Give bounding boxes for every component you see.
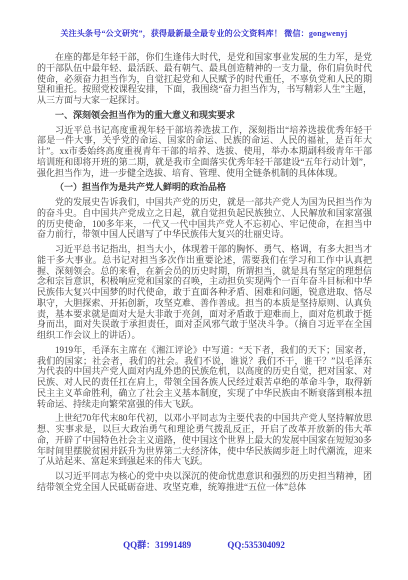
qq-number: QQ:535304092 [227,540,285,550]
paragraph-truncated: 以习近平同志为核心的党中央以深沉的使命忧患意识和强烈的历史担当精神，团结带领全党… [37,471,372,493]
paragraph: 党的发展史告诉我们，中国共产党的历史，就是一部共产党人为国为民担当作为的奋斗史。… [37,197,372,240]
section-heading-1: 一、深刻领会担当作为的重大意义和现实要求 [37,110,372,121]
paragraph: 习近平总书记指出，担当大小，体现着干部的胸怀、勇气、格调，有多大担当才能干多大事… [37,244,372,341]
promo-header-text: 关注头条号“公文研究”，获得最新最全最专业的公文资料库！ 微信：gongweny… [0,28,408,39]
document-page: 关注头条号“公文研究”，获得最新最全最专业的公文资料库！ 微信：gongweny… [0,0,408,580]
contact-footer: QQ群：31991489 QQ:535304092 [0,538,408,551]
document-body: 在座的都是年轻干部，你们生逢伟大时代，是党和国家事业发展的生力军，是党的干部队伍… [37,52,372,497]
subsection-heading-1: （一）担当作为是共产党人鲜明的政治品格 [37,182,372,193]
paragraph: 习近平总书记高度重视年轻干部培养选拔工作，深刻指出“培养选拔优秀年轻干部是一件大… [37,125,372,179]
paragraph: 1919年，毛泽东主席在《湘江评论》中写道：“天下者，我们的天下；国家者，我们的… [37,345,372,410]
qq-group-number: QQ群：31991489 [123,540,191,550]
intro-paragraph: 在座的都是年轻干部，你们生逢伟大时代，是党和国家事业发展的生力军，是党的干部队伍… [37,52,372,106]
paragraph: 上世纪70年代末80年代初，以邓小平同志为主要代表的中国共产党人坚持解放思想、实… [37,413,372,467]
